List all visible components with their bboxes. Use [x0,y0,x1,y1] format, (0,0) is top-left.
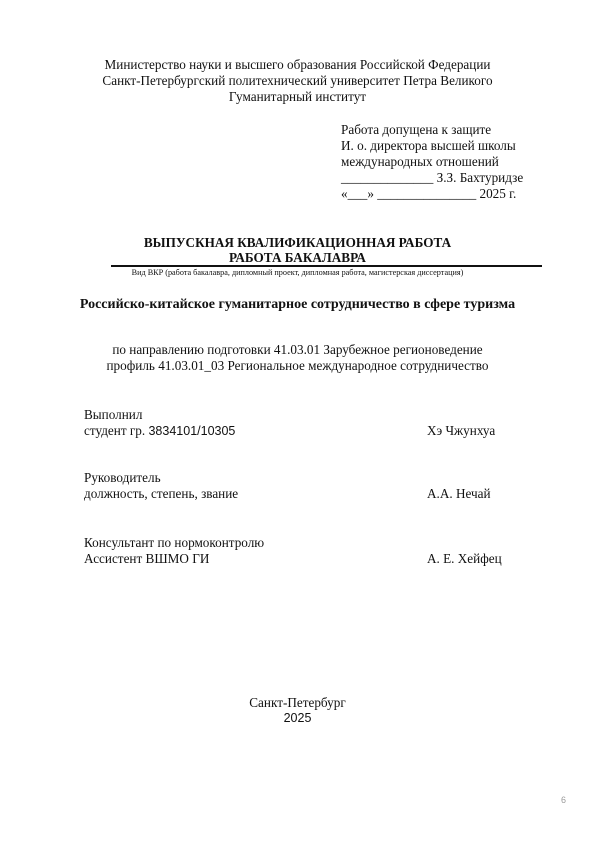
approval-line-3: международных отношений [341,154,523,170]
city: Санкт-Петербург [0,695,595,711]
work-type-line-1: ВЫПУСКНАЯ КВАЛИФИКАЦИОННАЯ РАБОТА [0,235,595,250]
signature-role: Руководитель [84,470,238,486]
signature-position: Ассистент ВШМО ГИ [84,551,264,567]
approval-line-2: И. о. директора высшей школы [341,138,523,154]
direction-line-1: по направлению подготовки 41.03.01 Заруб… [0,342,595,358]
thesis-topic: Российско-китайское гуманитарное сотрудн… [0,297,595,313]
supervisor-name: А.А. Нечай [427,486,491,502]
consultant-name: А. Е. Хейфец [427,551,502,567]
approval-date-line: «___» _______________ 2025 г. [341,186,523,202]
university-name: Санкт-Петербургский политехнический унив… [0,73,595,89]
signature-role: Выполнил [84,407,235,423]
footer: Санкт-Петербург 2025 [0,695,595,726]
year: 2025 [0,711,595,726]
approval-line-1: Работа допущена к защите [341,122,523,138]
signature-consultant: Консультант по нормоконтролю Ассистент В… [84,535,264,567]
approval-block: Работа допущена к защите И. о. директора… [341,122,523,202]
work-type-line-2: РАБОТА БАКАЛАВРА [0,250,595,265]
work-type-title: ВЫПУСКНАЯ КВАЛИФИКАЦИОННАЯ РАБОТА РАБОТА… [0,235,595,265]
approval-signature-line: ______________ З.З. Бахтуридзе [341,170,523,186]
direction-line-2: профиль 41.03.01_03 Региональное междуна… [0,358,595,374]
study-direction: по направлению подготовки 41.03.01 Заруб… [0,342,595,374]
organization-header: Министерство науки и высшего образования… [0,57,595,105]
ministry-name: Министерство науки и высшего образования… [0,57,595,73]
page-number: 6 [561,795,566,805]
signature-student: Выполнил студент гр. 3834101/10305 [84,407,235,439]
signature-supervisor: Руководитель должность, степень, звание [84,470,238,502]
vkr-type-hint: Вид ВКР (работа бакалавра, дипломный про… [0,268,595,278]
signature-position: должность, степень, звание [84,486,238,502]
title-underline [111,265,542,267]
student-name: Хэ Чжунхуа [427,423,495,439]
signature-position: студент гр. 3834101/10305 [84,423,235,439]
signature-role: Консультант по нормоконтролю [84,535,264,551]
group-number: 3834101/10305 [148,424,235,438]
institute-name: Гуманитарный институт [0,89,595,105]
